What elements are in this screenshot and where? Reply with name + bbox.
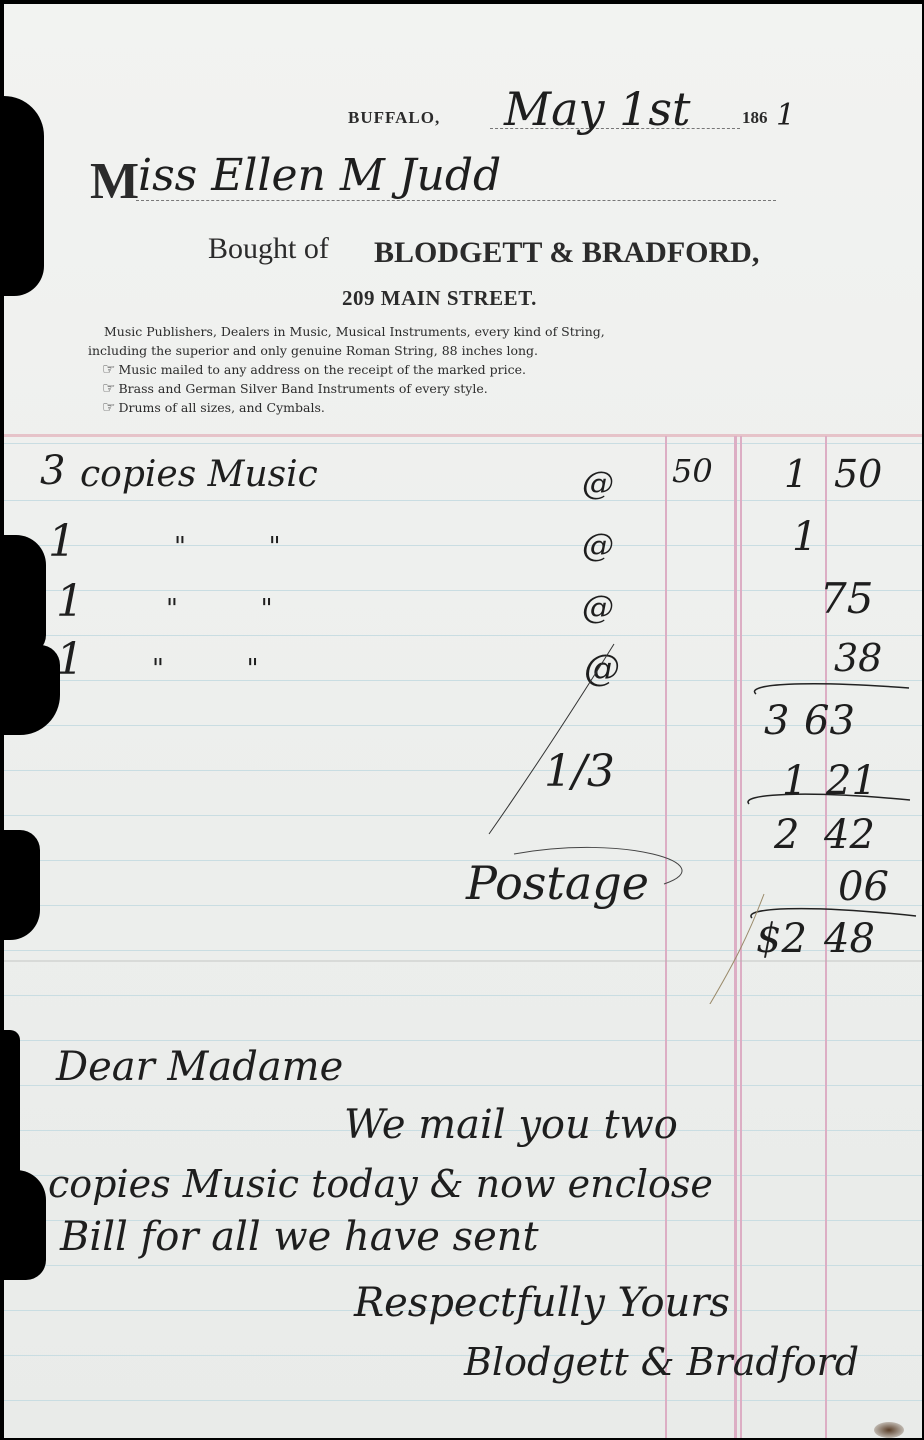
total-cents: 42 xyxy=(824,812,875,858)
letter-greeting: Dear Madame xyxy=(56,1044,343,1090)
invoice-paper: BUFFALO, May 1st 186 1 M iss Ellen M Jud… xyxy=(4,4,922,1438)
torn-edge xyxy=(0,830,40,940)
total-cents: 63 xyxy=(804,698,855,744)
total-dollars: 3 xyxy=(764,698,789,744)
letter-line-2: copies Music today & now enclose xyxy=(48,1162,713,1206)
torn-edge xyxy=(0,96,44,296)
letter-signature: Blodgett & Bradford xyxy=(464,1340,859,1384)
torn-edge xyxy=(0,535,46,655)
total-dollars: $2 xyxy=(756,916,807,962)
letter-closing: Respectfully Yours xyxy=(354,1280,730,1326)
torn-edge xyxy=(0,1170,46,1280)
letter-line-1: We mail you two xyxy=(344,1102,678,1148)
paper-stain xyxy=(874,1422,904,1438)
total-label: 1/3 xyxy=(544,746,615,797)
total-dollars: 1 xyxy=(782,758,807,804)
total-label: Postage xyxy=(466,856,649,910)
total-cents: 48 xyxy=(824,916,875,962)
total-cents: 21 xyxy=(826,758,877,804)
total-cents: 06 xyxy=(838,864,889,910)
total-dollars: 2 xyxy=(774,812,799,858)
letter-line-3: Bill for all we have sent xyxy=(60,1214,539,1260)
